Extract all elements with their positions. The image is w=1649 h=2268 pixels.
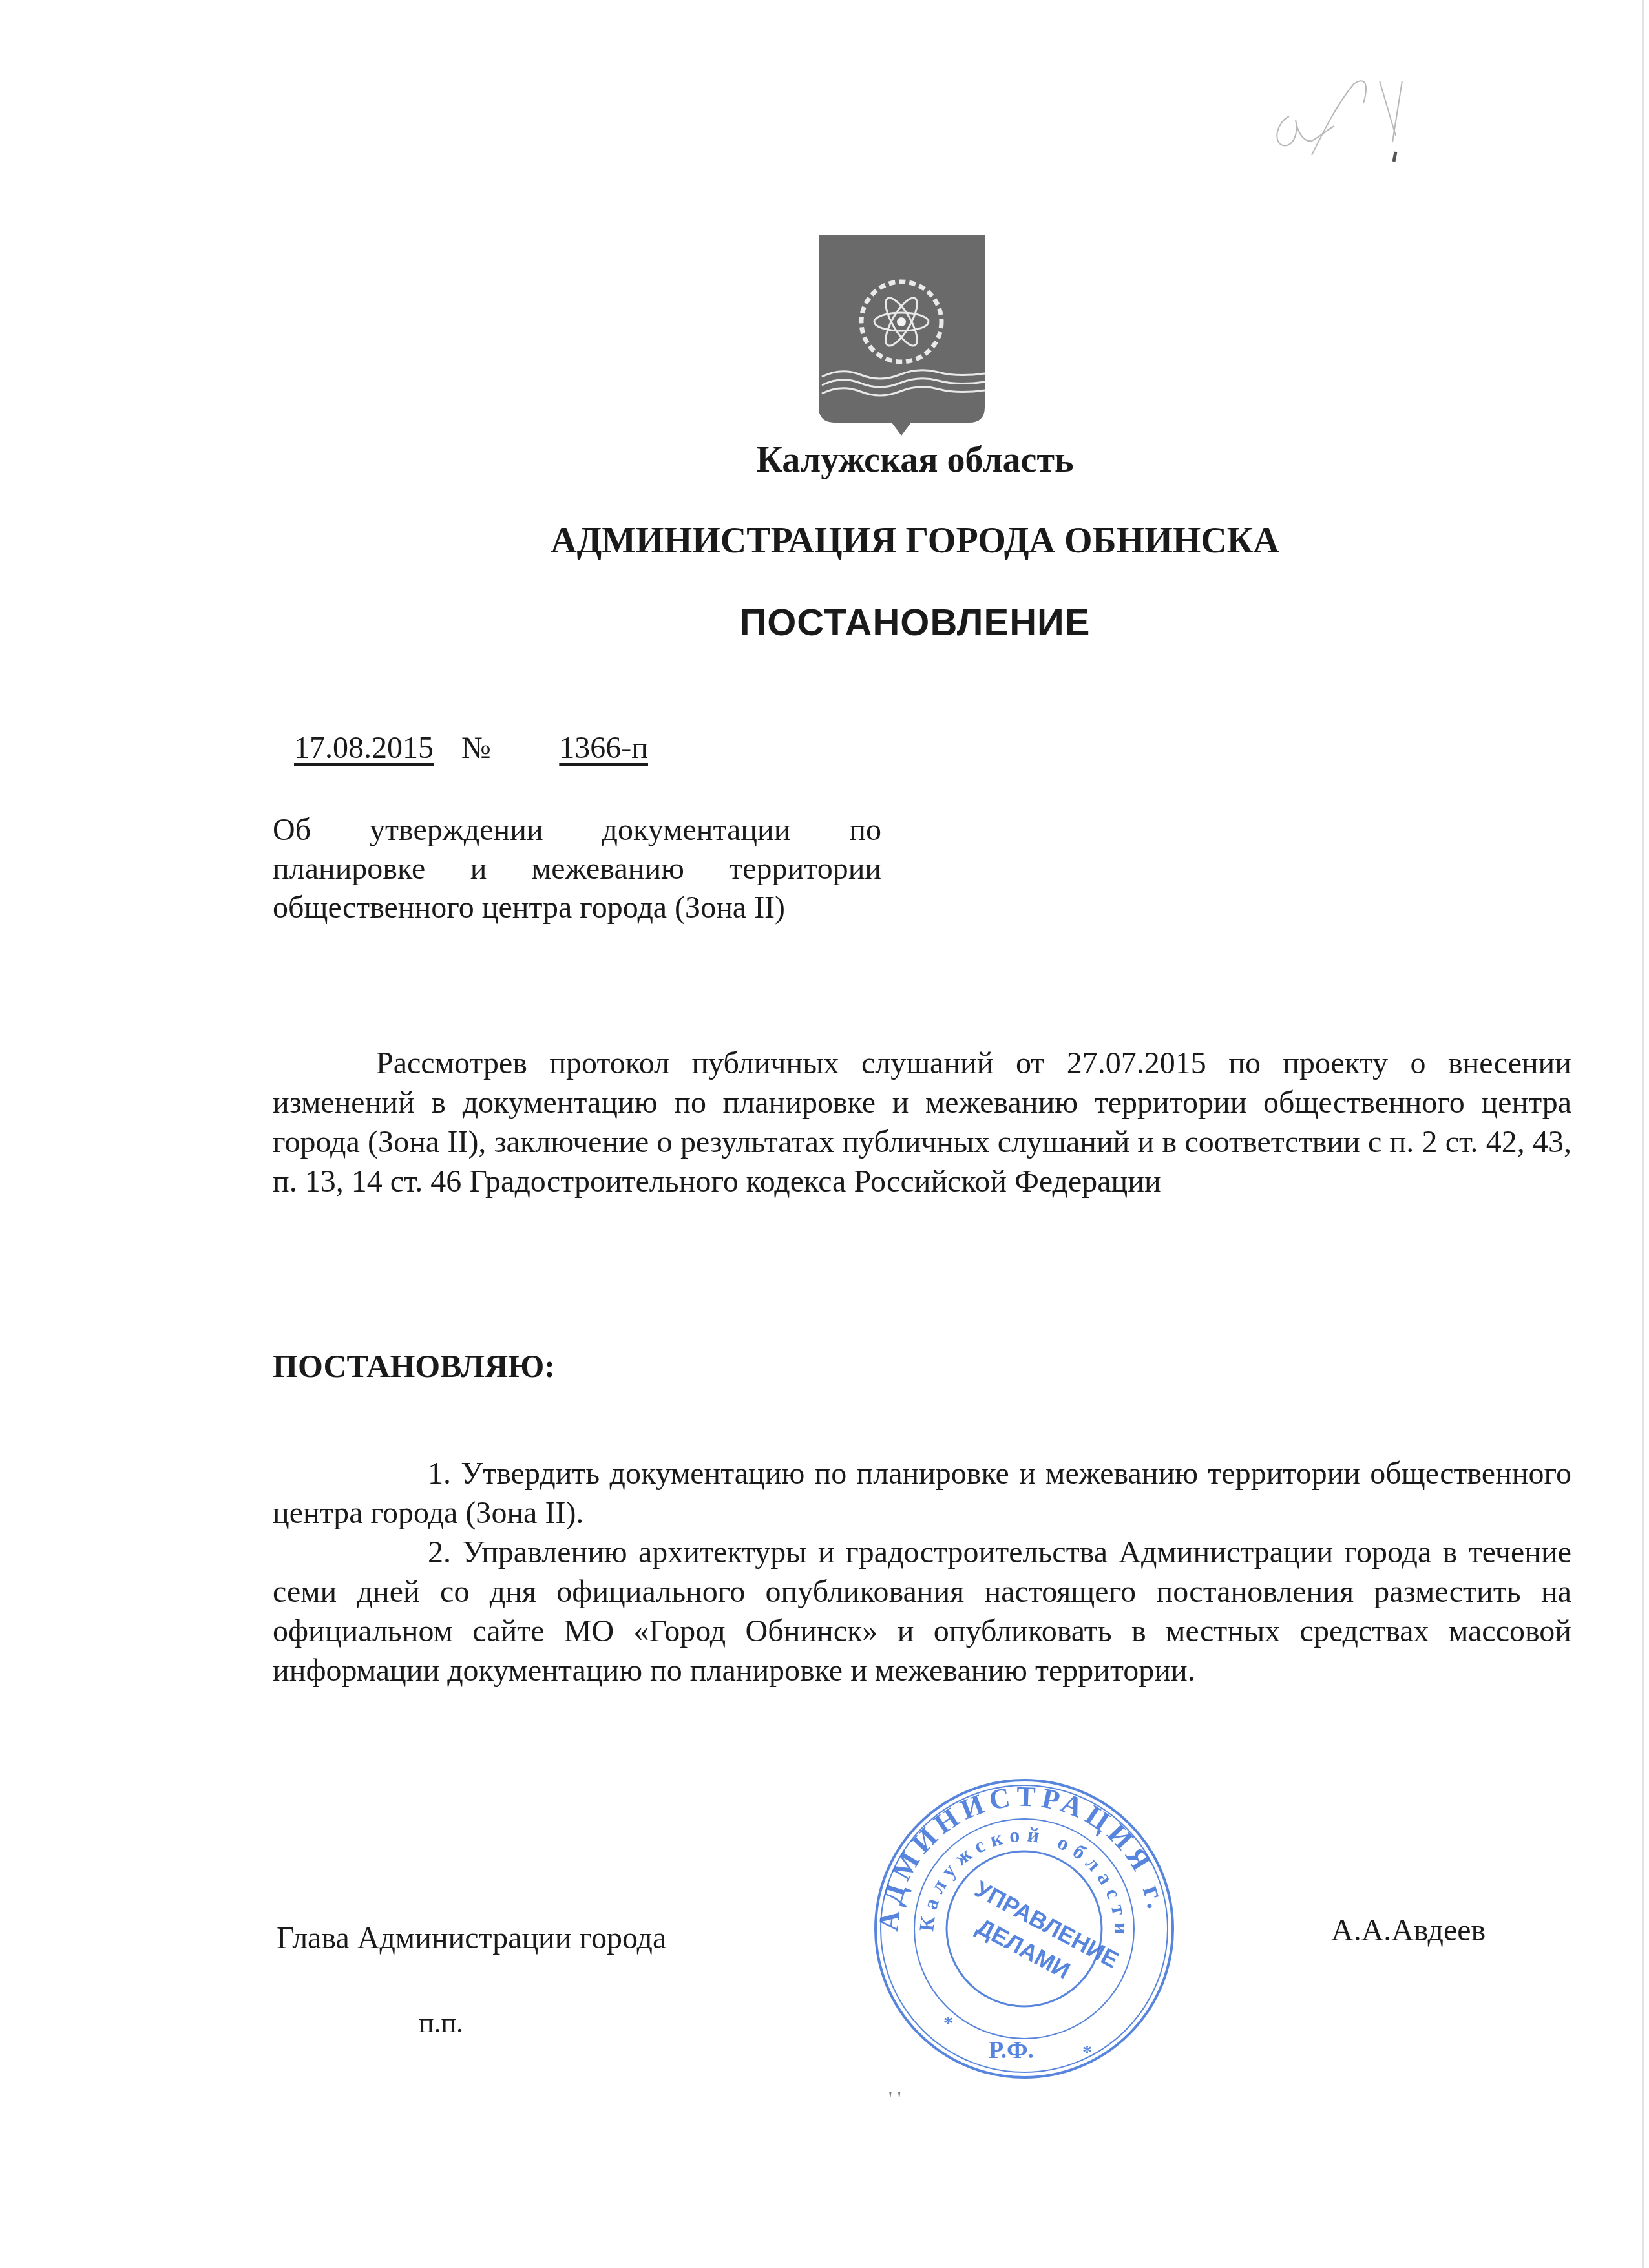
decree-date: 17.08.2015	[294, 731, 434, 765]
coat-of-arms-icon	[815, 231, 990, 438]
item-number: 1.	[350, 1454, 451, 1493]
decree-item-2: 2. Управлению архитектуры и градостроите…	[273, 1533, 1571, 1690]
document-type-text: ПОСТАНОВЛЕНИЕ	[740, 602, 1091, 644]
pp-mark: п.п.	[419, 2006, 463, 2039]
decree-items: 1. Утвердить документацию по планировке …	[273, 1454, 1571, 1690]
preamble-paragraph: Рассмотрев протокол публичных слушаний о…	[273, 1044, 1571, 1201]
decree-item-1: 1. Утвердить документацию по планировке …	[273, 1454, 1571, 1533]
decree-number: 1366-п	[519, 730, 648, 766]
handwritten-note	[1266, 65, 1473, 194]
scan-page-edge	[1642, 0, 1644, 2268]
svg-text:*: *	[943, 2012, 953, 2033]
number-sign: №	[441, 730, 511, 766]
item-text: Утвердить документацию по планировке и м…	[273, 1456, 1571, 1530]
document-type: ПОСТАНОВЛЕНИЕ	[0, 601, 1649, 644]
resolve-heading: ПОСТАНОВЛЯЮ:	[273, 1347, 555, 1385]
scan-artifact: ' '	[888, 2087, 901, 2111]
administration-text: АДМИНИСТРАЦИЯ ГОРОДА ОБНИНСКА	[551, 521, 1279, 561]
signatory-name: А.А.Авдеев	[1331, 1913, 1486, 1948]
item-text: Управлению архитектуры и градостроительс…	[273, 1535, 1571, 1688]
date-number-line: 17.08.2015 № 1366-п	[294, 730, 648, 766]
signatory-title: Глава Администрации города	[277, 1920, 666, 1956]
administration-name: АДМИНИСТРАЦИЯ ГОРОДА ОБНИНСКА	[0, 520, 1649, 562]
stamp-bottom-text: Р.Ф.	[989, 2037, 1034, 2064]
svg-text:*: *	[1082, 2041, 1092, 2063]
region-text: Калужская область	[756, 440, 1073, 480]
official-stamp-icon: АДМИНИСТРАЦИЯ г. ОБНИНСКА Калужской обла…	[853, 1770, 1215, 2087]
decree-subject: Об утверждении документации по планировк…	[273, 811, 881, 927]
item-number: 2.	[350, 1533, 451, 1572]
region-name: Калужская область	[0, 439, 1649, 481]
